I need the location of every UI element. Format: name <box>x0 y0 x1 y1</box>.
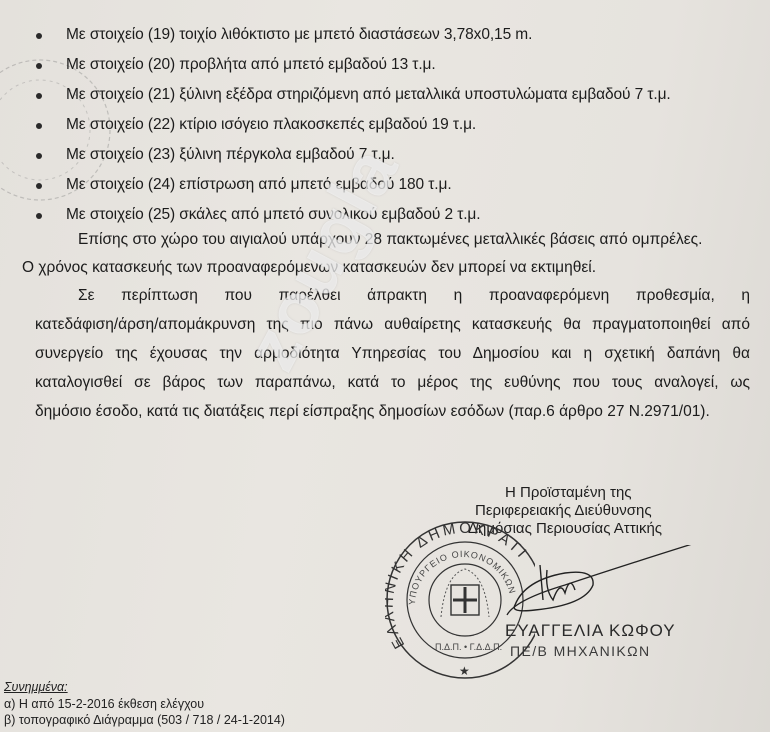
bullet-icon <box>36 63 42 69</box>
paragraph-line: καταλογισθεί σε βάρος των παραπάνω, κατά… <box>35 374 750 392</box>
bullet-icon <box>36 93 42 99</box>
svg-text:Π.Δ.Π. • Γ.Δ.Δ.Π.: Π.Δ.Π. • Γ.Δ.Δ.Π. <box>435 642 502 652</box>
bullet-icon <box>36 123 42 129</box>
svg-text:★: ★ <box>459 664 470 678</box>
paragraph-line: Σε περίπτωση που παρέλθει άπρακτη η προα… <box>78 287 750 305</box>
paragraph-line: δημόσιο έσοδο, κατά τις διατάξεις περί ε… <box>35 403 710 421</box>
bullet-icon <box>36 33 42 39</box>
bullet-icon <box>36 153 42 159</box>
umbrellas-paragraph: Επίσης στο χώρο του αιγιαλού υπάρχουν 28… <box>78 231 702 249</box>
document-page: Με στοιχείο (19) τοιχίο λιθόκτιστο με μπ… <box>0 0 770 732</box>
signature-icon <box>505 545 705 620</box>
attachment-item: β) τοπογραφικό Διάγραμμα (503 / 718 / 24… <box>4 713 285 727</box>
attachment-item: α) Η από 15-2-2016 έκθεση ελέγχου <box>4 697 204 711</box>
bullet-icon <box>36 183 42 189</box>
signatory-role: Η Προϊσταμένη της <box>505 484 632 501</box>
attachments-heading: Συνημμένα: <box>4 680 68 694</box>
bullet-icon <box>36 213 42 219</box>
paragraph-line: συνεργείο της έχουσας την αρμοδιότητα Υπ… <box>35 345 750 363</box>
paragraph-line: κατεδάφιση/άρση/απομάκρυνση της πιο πάνω… <box>35 316 750 334</box>
